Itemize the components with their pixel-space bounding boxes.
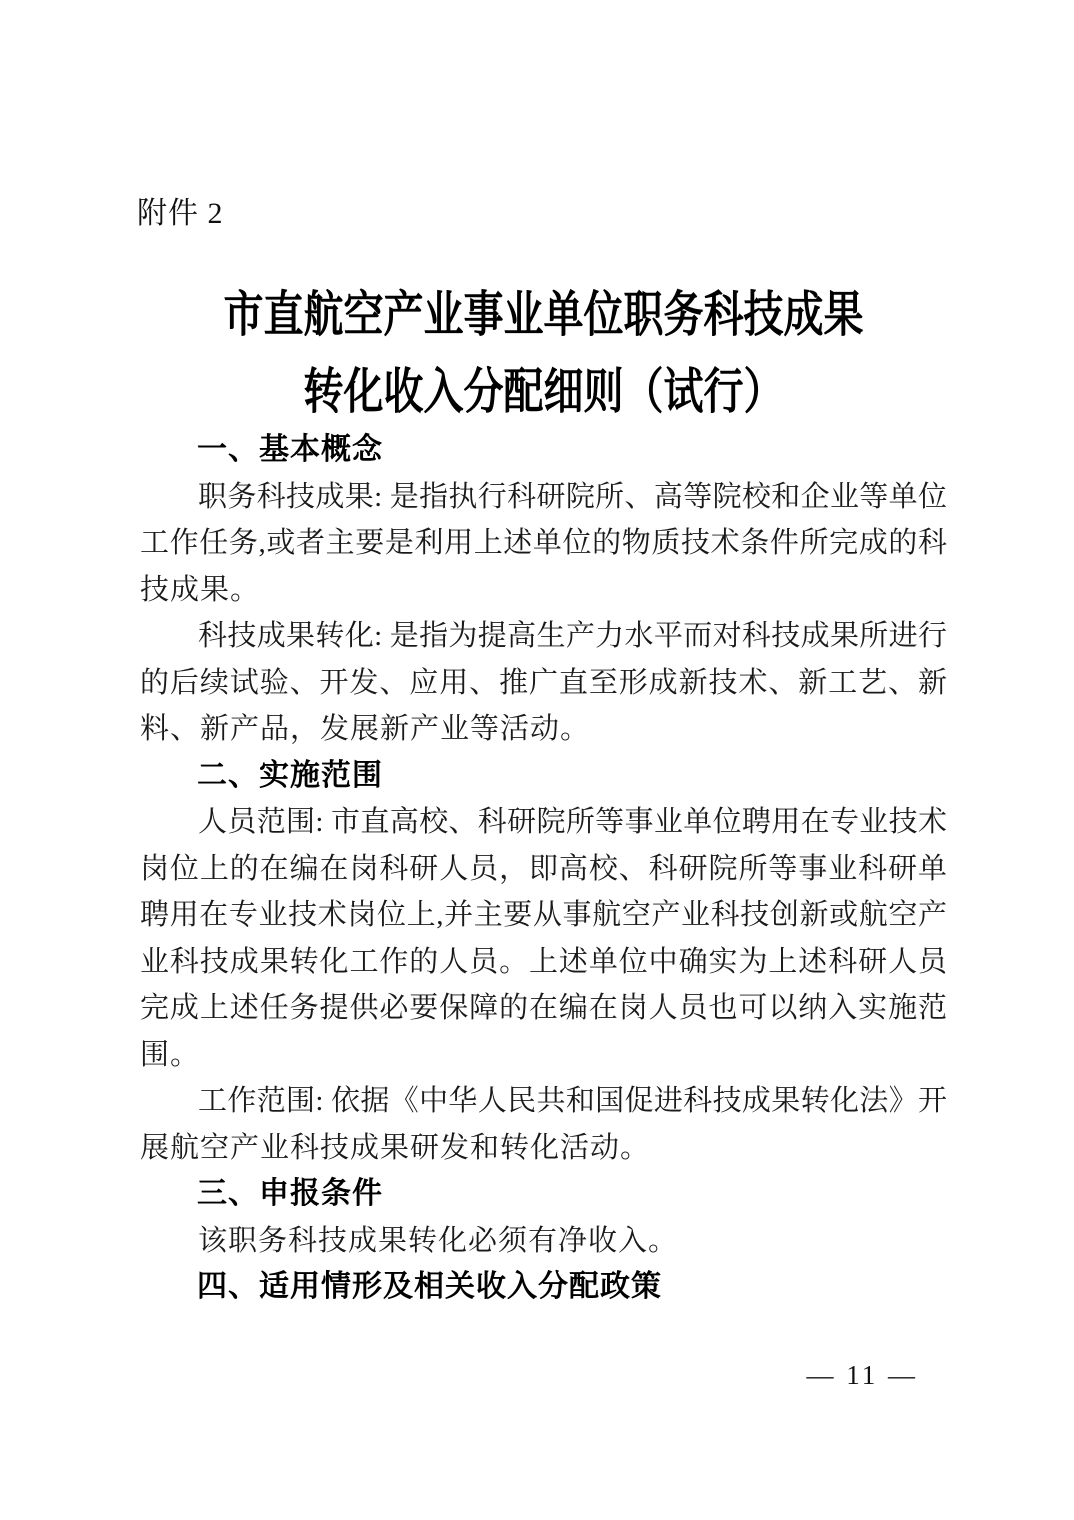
page-number: — 11 — <box>807 1360 919 1391</box>
body-line: 该职务科技成果转化必须有净收入。 <box>140 1218 947 1265</box>
body-line: 料、新产品，发展新产业等活动。 <box>140 706 947 753</box>
body-line: 技成果。 <box>140 567 947 614</box>
document-page: 附件 2 市直航空产业事业单位职务科技成果 转化收入分配细则（试行） 一、基本概… <box>0 0 1074 1520</box>
body-line: 围。 <box>140 1032 947 1079</box>
title-line-1: 市直航空产业事业单位职务科技成果 <box>140 276 947 353</box>
body-line: 工作范围: 依据《中华人民共和国促进科技成果转化法》开 <box>140 1078 947 1125</box>
section-heading: 三、申报条件 <box>140 1171 947 1218</box>
section-heading: 四、适用情形及相关收入分配政策 <box>140 1264 947 1311</box>
body-line: 聘用在专业技术岗位上,并主要从事航空产业科技创新或航空产 <box>140 892 947 939</box>
body-line: 的后续试验、开发、应用、推广直至形成新技术、新工艺、新材 <box>140 660 947 707</box>
body-line: 科技成果转化: 是指为提高生产力水平而对科技成果所进行 <box>140 613 947 660</box>
body-line: 岗位上的在编在岗科研人员，即高校、科研院所等事业科研单位 <box>140 846 947 893</box>
document-title: 市直航空产业事业单位职务科技成果 转化收入分配细则（试行） <box>140 276 947 430</box>
title-line-2: 转化收入分配细则（试行） <box>140 353 947 430</box>
body-line: 展航空产业科技成果研发和转化活动。 <box>140 1125 947 1172</box>
body-line: 完成上述任务提供必要保障的在编在岗人员也可以纳入实施范 <box>140 985 947 1032</box>
section-heading: 二、实施范围 <box>140 753 947 800</box>
document-body: 一、基本概念职务科技成果: 是指执行科研院所、高等院校和企业等单位工作任务,或者… <box>140 427 947 1311</box>
body-line: 人员范围: 市直高校、科研院所等事业单位聘用在专业技术 <box>140 799 947 846</box>
section-heading: 一、基本概念 <box>140 427 947 474</box>
body-line: 工作任务,或者主要是利用上述单位的物质技术条件所完成的科 <box>140 520 947 567</box>
attachment-label: 附件 2 <box>137 188 224 232</box>
body-line: 职务科技成果: 是指执行科研院所、高等院校和企业等单位 <box>140 474 947 521</box>
body-line: 业科技成果转化工作的人员。上述单位中确实为上述科研人员为 <box>140 939 947 986</box>
